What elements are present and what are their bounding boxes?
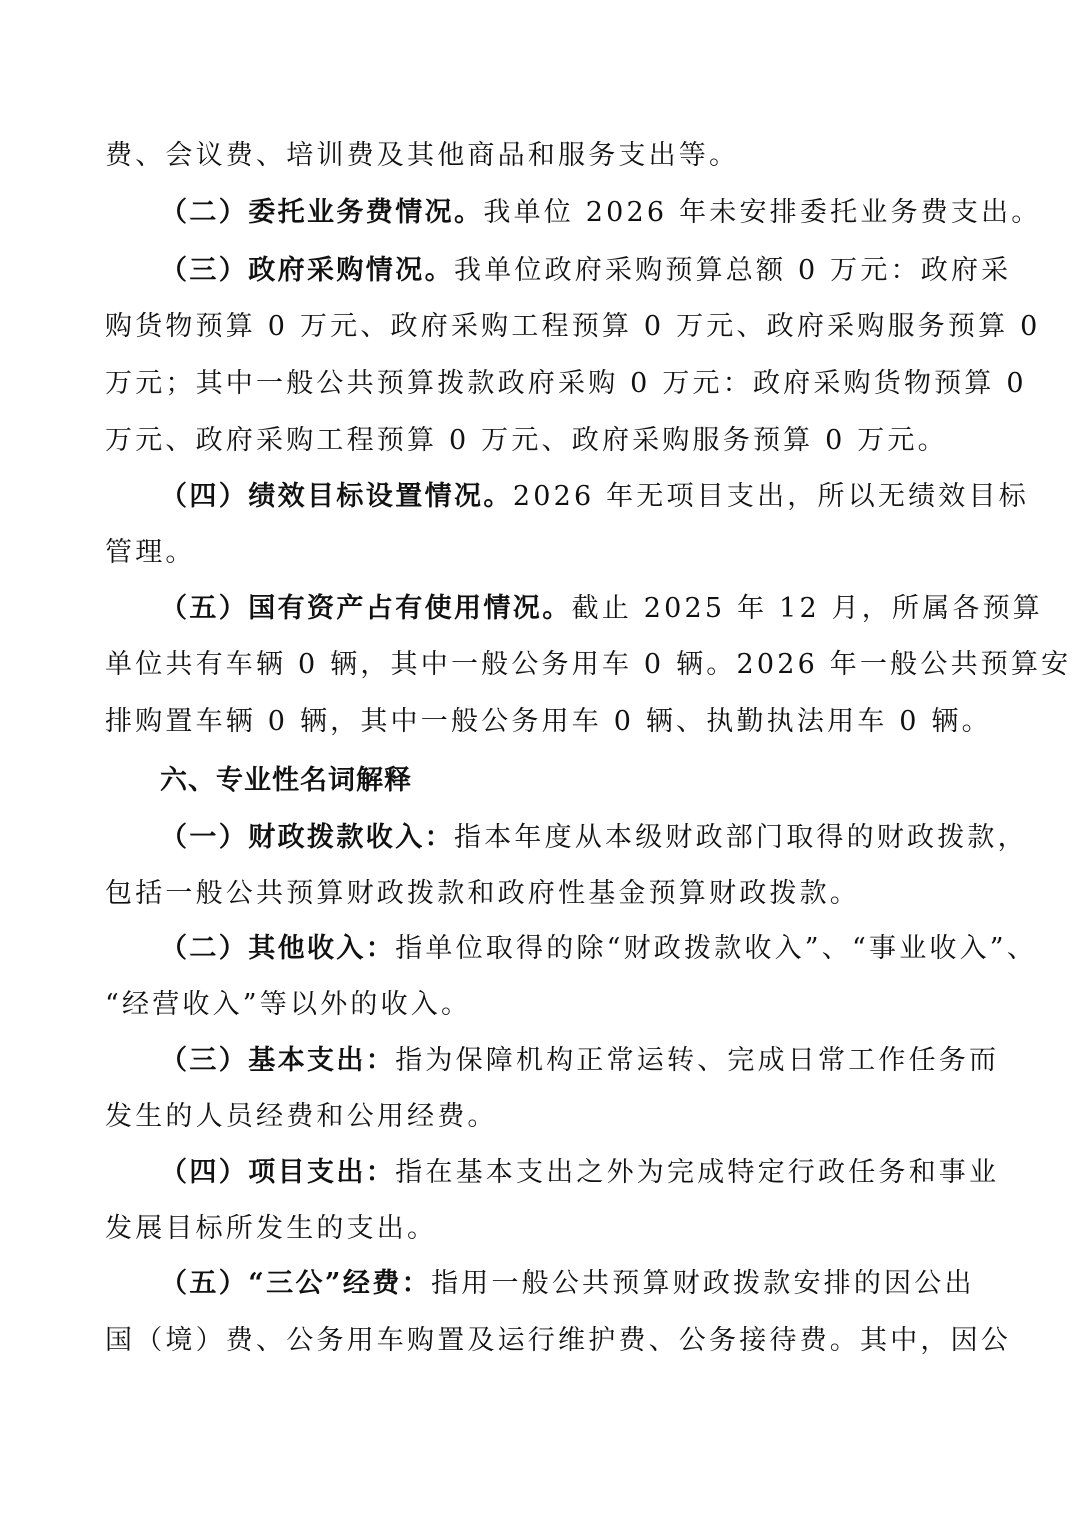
paragraph-line: “经营收入”等以外的收入。 [105,987,975,1023]
paragraph-line: 包括一般公共预算财政拨款和政府性基金预算财政拨款。 [105,876,975,912]
body-text: 费、会议费、培训费及其他商品和服务支出等。 [105,140,739,171]
term-label: （五）“三公”经费： [160,1268,431,1299]
body-text: 2026 年无项目支出，所以无绩效目标 [513,481,1029,512]
term-definition: 指单位取得的除“财政拨款收入”、“事业收入”、 [395,933,1037,964]
paragraph-line: 排购置车辆 0 辆，其中一般公务用车 0 辆、执勤执法用车 0 辆。 [105,704,975,740]
term-definition: 指为保障机构正常运转、完成日常工作任务而 [395,1045,999,1076]
term-label: （四）项目支出： [160,1157,395,1188]
body-text: 国（境）费、公务用车购置及运行维护费、公务接待费。其中，因公 [105,1325,1011,1356]
body-text: 我单位政府采购预算总额 0 万元：政府采 [454,255,1011,286]
term-label: （二）其他收入： [160,933,395,964]
body-text: 发生的人员经费和公用经费。 [105,1101,498,1132]
body-text: 我单位 2026 年未安排委托业务费支出。 [483,197,1041,228]
body-text: 截止 2025 年 12 月，所属各预算 [572,593,1043,624]
subsection-state-assets: （五）国有资产占有使用情况。截止 2025 年 12 月，所属各预算 [160,591,975,627]
paragraph-line: 国（境）费、公务用车购置及运行维护费、公务接待费。其中，因公 [105,1323,975,1359]
term-definition: 指在基本支出之外为完成特定行政任务和事业 [395,1157,999,1188]
subsection-performance-goals: （四）绩效目标设置情况。2026 年无项目支出，所以无绩效目标 [160,479,975,515]
term-other-income: （二）其他收入：指单位取得的除“财政拨款收入”、“事业收入”、 [160,931,975,967]
paragraph-line: 发生的人员经费和公用经费。 [105,1099,975,1135]
term-fiscal-appropriation-income: （一）财政拨款收入：指本年度从本级财政部门取得的财政拨款， [160,820,975,856]
body-text: 发展目标所发生的支出。 [105,1213,437,1244]
paragraph-line: 发展目标所发生的支出。 [105,1211,975,1247]
section-title: 六、专业性名词解释 [160,765,412,796]
term-definition: 指本年度从本级财政部门取得的财政拨款， [454,822,1028,853]
body-text: 排购置车辆 0 辆，其中一般公务用车 0 辆、执勤执法用车 0 辆。 [105,706,992,737]
document-page: 费、会议费、培训费及其他商品和服务支出等。 （二）委托业务费情况。我单位 202… [0,0,1074,1520]
term-label: （三）基本支出： [160,1045,395,1076]
term-basic-expenditure: （三）基本支出：指为保障机构正常运转、完成日常工作任务而 [160,1043,975,1079]
term-definition: 指用一般公共预算财政拨款安排的因公出 [431,1268,975,1299]
body-text: 单位共有车辆 0 辆，其中一般公务用车 0 辆。2026 年一般公共预算安 [105,649,1071,680]
body-text: 包括一般公共预算财政拨款和政府性基金预算财政拨款。 [105,878,860,909]
body-text: “经营收入”等以外的收入。 [105,989,471,1020]
body-text: 万元、政府采购工程预算 0 万元、政府采购服务预算 0 万元。 [105,425,948,456]
paragraph-line: 单位共有车辆 0 辆，其中一般公务用车 0 辆。2026 年一般公共预算安 [105,647,975,683]
paragraph-line: 购货物预算 0 万元、政府采购工程预算 0 万元、政府采购服务预算 0 [105,309,975,345]
paragraph-line: 费、会议费、培训费及其他商品和服务支出等。 [105,138,975,174]
subsection-label: （四）绩效目标设置情况。 [160,481,513,512]
body-text: 万元；其中一般公共预算拨款政府采购 0 万元：政府采购货物预算 0 [105,368,1027,399]
term-label: （一）财政拨款收入： [160,822,454,853]
term-three-public-expenses: （五）“三公”经费：指用一般公共预算财政拨款安排的因公出 [160,1266,975,1302]
paragraph-line: 管理。 [105,535,975,571]
subsection-label: （五）国有资产占有使用情况。 [160,593,572,624]
body-text: 购货物预算 0 万元、政府采购工程预算 0 万元、政府采购服务预算 0 [105,311,1040,342]
term-project-expenditure: （四）项目支出：指在基本支出之外为完成特定行政任务和事业 [160,1155,975,1191]
section-heading: 六、专业性名词解释 [160,763,975,799]
subsection-commissioned-business-fees: （二）委托业务费情况。我单位 2026 年未安排委托业务费支出。 [160,195,975,231]
paragraph-line: 万元；其中一般公共预算拨款政府采购 0 万元：政府采购货物预算 0 [105,366,975,402]
paragraph-line: 万元、政府采购工程预算 0 万元、政府采购服务预算 0 万元。 [105,423,975,459]
subsection-label: （二）委托业务费情况。 [160,197,483,228]
subsection-label: （三）政府采购情况。 [160,255,454,286]
body-text: 管理。 [105,537,196,568]
subsection-government-procurement: （三）政府采购情况。我单位政府采购预算总额 0 万元：政府采 [160,253,975,289]
